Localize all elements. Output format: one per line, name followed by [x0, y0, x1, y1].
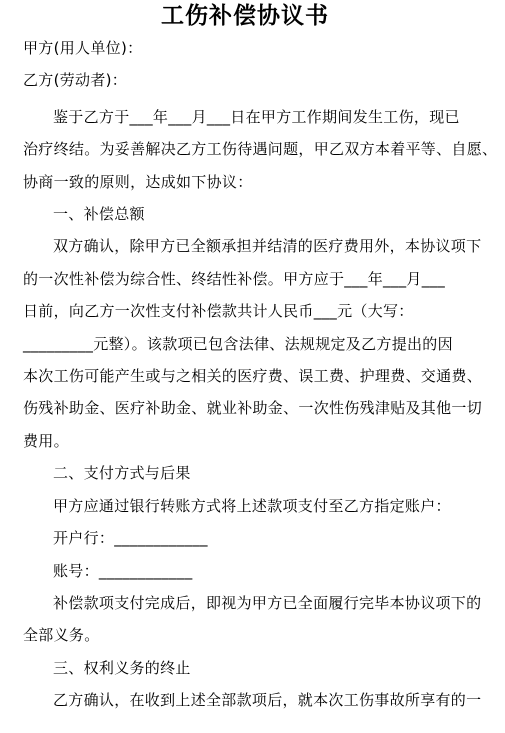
- section3-line: 乙方确认，在收到上述全部款项后，就本次工伤事故所享有的一: [53, 690, 481, 710]
- section1-line: 双方确认，除甲方已全额承担并结清的医疗费用外，本协议项下: [53, 236, 481, 256]
- section2-line: 甲方应通过银行转账方式将上述款项支付至乙方指定账户：: [53, 496, 451, 516]
- document-title: 工伤补偿协议书: [0, 2, 490, 30]
- preamble-line: 协商一致的原则，达成如下协议：: [23, 172, 253, 192]
- party-a-label: 甲方(用人单位)：: [23, 38, 142, 58]
- section-heading-2: 二、支付方式与后果: [53, 463, 191, 483]
- section1-line: 的一次性补偿为综合性、终结性补偿。甲方应于___年___月___: [23, 269, 445, 289]
- section1-line: 日前，向乙方一次性支付补偿款共计人民币___元（大写：: [23, 301, 414, 321]
- preamble-line: 治疗终结。为妥善解决乙方工伤待遇问题，甲乙双方本着平等、自愿、: [23, 139, 497, 159]
- section2-line: 全部义务。: [23, 625, 100, 645]
- party-b-label: 乙方(劳动者)：: [23, 70, 127, 90]
- section-heading-3: 三、权利义务的终止: [53, 658, 191, 678]
- section-heading-1: 一、补偿总额: [53, 204, 145, 224]
- section1-line: 本次工伤可能产生或与之相关的医疗费、误工费、护理费、交通费、: [23, 366, 482, 386]
- section1-line: 费用。: [23, 431, 69, 451]
- bank-name-field: 开户行：____________: [53, 528, 208, 548]
- section2-line: 补偿款项支付完成后，即视为甲方已全面履行完毕本协议项下的: [53, 593, 481, 613]
- preamble-line: 鉴于乙方于___年___月___日在甲方工作期间发生工伤，现已: [53, 107, 460, 127]
- section1-line: 伤残补助金、医疗补助金、就业补助金、一次性伤残津贴及其他一切: [23, 398, 482, 418]
- section1-line: _________元整）。该款项已包含法律、法规规定及乙方提出的因: [23, 334, 453, 354]
- account-number-field: 账号：____________: [53, 561, 193, 581]
